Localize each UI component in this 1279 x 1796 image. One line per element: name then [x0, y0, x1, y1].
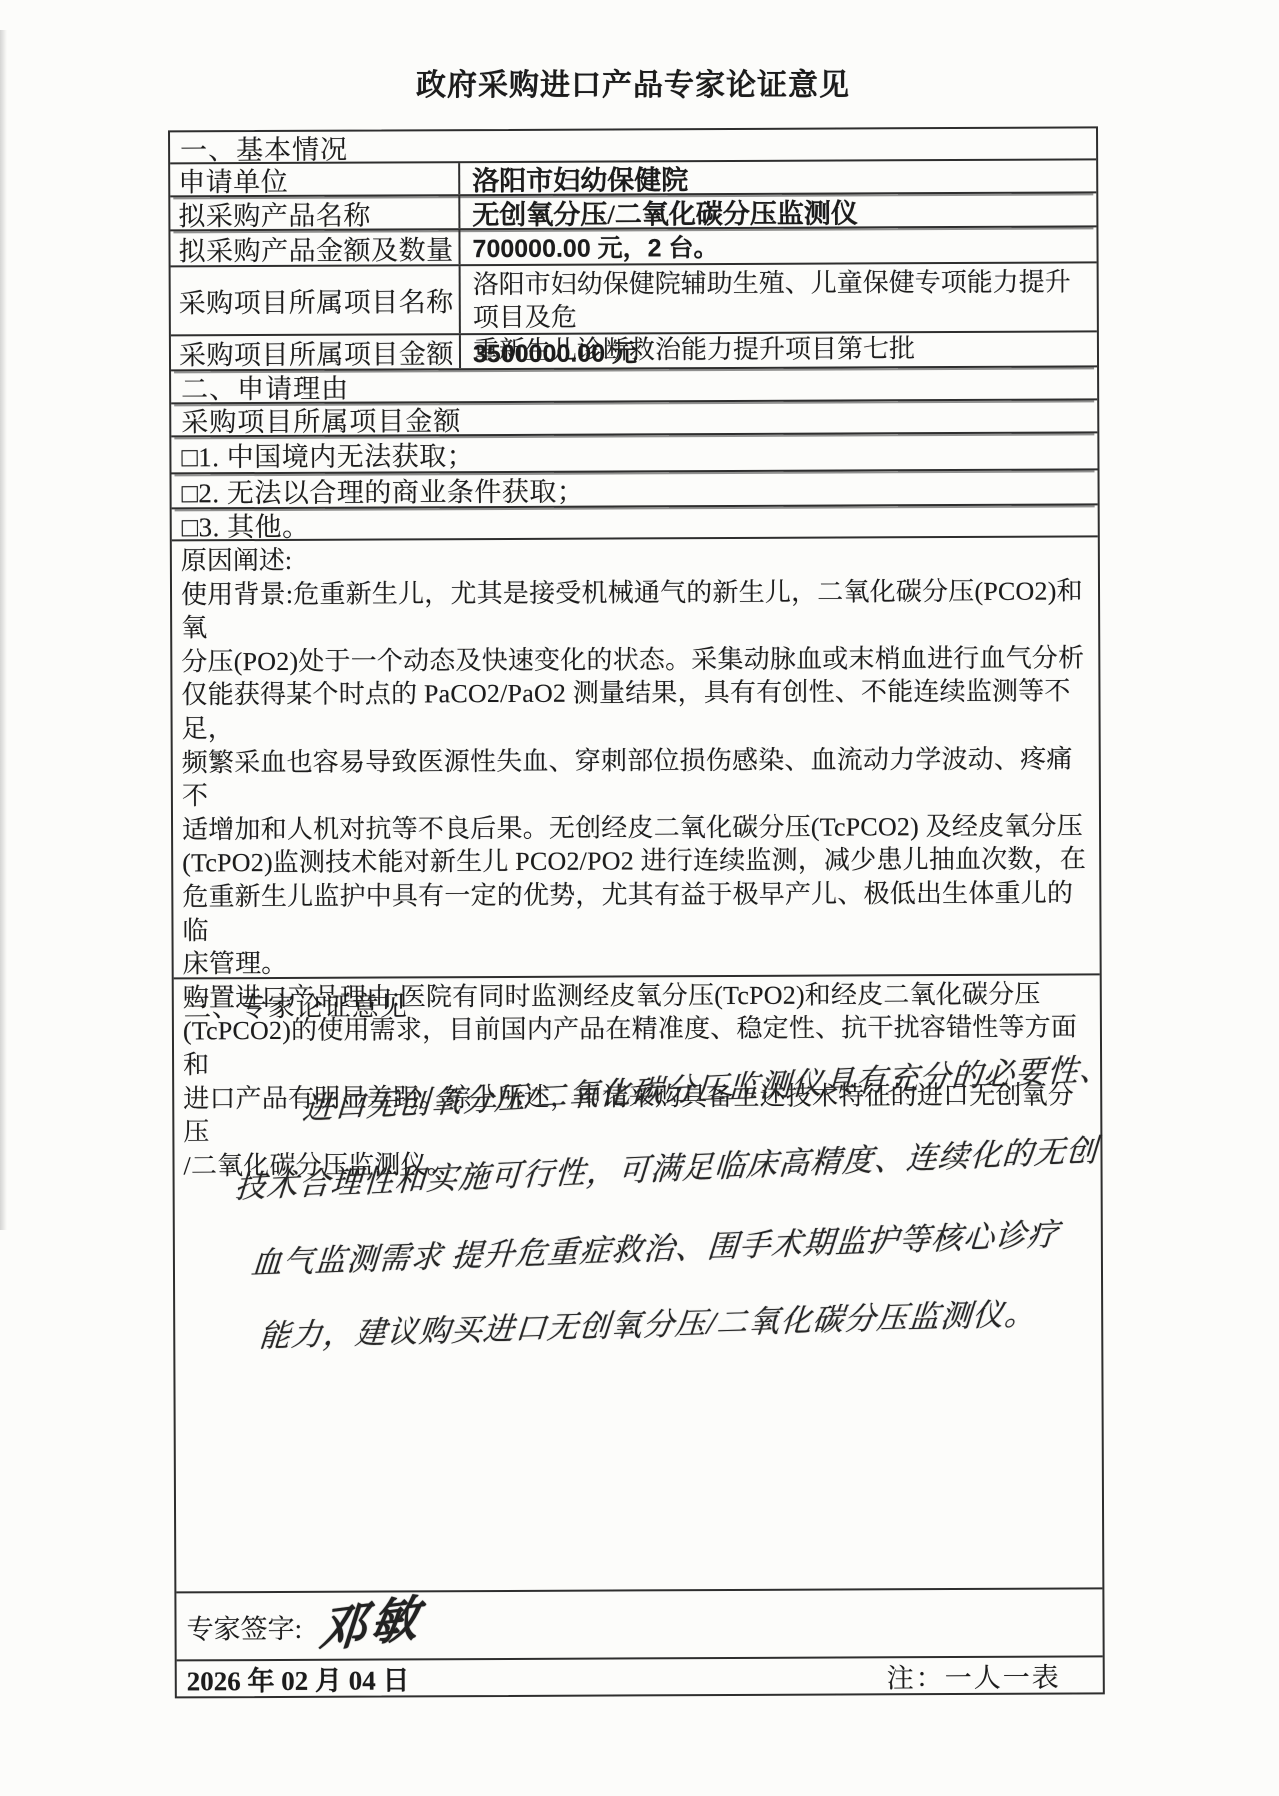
date-field: 2026 年 02 月 04 日: [187, 1658, 410, 1698]
application-reason-subrow: 采购项目所属项目金额: [171, 400, 1097, 437]
handwritten-opinion-line: 进口无创氧分压/二氧化碳分压监测仪具有充分的必要性、: [301, 1043, 1112, 1128]
row-product-amount-qty: 拟采购产品金额及数量 700000.00 元，2 台。: [170, 227, 1096, 267]
project-amount-label: 采购项目所属项目金额: [171, 335, 461, 369]
applicant-unit-label: 申请单位: [170, 163, 460, 195]
expert-signature-label: 专家签字:: [186, 1606, 302, 1646]
project-amount-value: 3500000.00 元: [461, 332, 1097, 368]
reason-statement-block: 原因阐述: 使用背景:危重新生儿，尤其是接受机械通气的新生儿，二氧化碳分压(PC…: [172, 537, 1100, 979]
project-name-label: 采购项目所属项目名称: [171, 266, 461, 334]
reason-option-3: □3. 其他。: [172, 505, 1098, 541]
form-table: 一、基本情况 申请单位 洛阳市妇幼保健院 拟采购产品名称 无创氧分压/二氧化碳分…: [168, 126, 1105, 1698]
reason-statement-title: 原因阐述:: [181, 540, 1088, 578]
form-footer-row: 2026 年 02 月 04 日 注：一人一表: [177, 1657, 1103, 1696]
row-product-name: 拟采购产品名称 无创氧分压/二氧化碳分压监测仪: [170, 193, 1096, 231]
expert-signature-handwritten: 邓敏: [316, 1578, 425, 1661]
row-project-amount: 采购项目所属项目金额 3500000.00 元: [171, 332, 1097, 371]
expert-opinion-block: 三、专家论证意见 进口无创氧分压/二氧化碳分压监测仪具有充分的必要性、 技术合理…: [174, 975, 1103, 1593]
expert-opinion-header: 三、专家论证意见: [174, 975, 1100, 1024]
handwritten-opinion-line: 血气监测需求 提升危重症救治、围手术期监护等核心诊疗: [250, 1209, 1061, 1283]
expert-signature-row: 专家签字: 邓敏: [176, 1589, 1102, 1661]
note-field: 注：一人一表: [887, 1656, 1061, 1696]
reason-option-1: □1. 中国境内无法获取；: [171, 433, 1097, 474]
product-name-label: 拟采购产品名称: [170, 196, 460, 229]
handwritten-opinion-line: 技术合理性和实施可行性，可满足临床高精度、连续化的无创: [234, 1125, 1100, 1207]
product-amount-qty-value: 700000.00 元，2 台。: [460, 227, 1096, 264]
product-name-value: 无创氧分压/二氧化碳分压监测仪: [460, 193, 1096, 228]
document-title: 政府采购进口产品专家论证意见: [168, 60, 1098, 104]
scanned-document-page: 政府采购进口产品专家论证意见 一、基本情况 申请单位 洛阳市妇幼保健院 拟采购产…: [0, 0, 1279, 1796]
applicant-unit-value: 洛阳市妇幼保健院: [460, 160, 1096, 194]
scan-edge-artifact: [0, 30, 7, 1230]
product-amount-qty-label: 拟采购产品金额及数量: [170, 230, 460, 265]
project-name-value: 洛阳市妇幼保健院辅助生殖、儿童保健专项能力提升项目及危 重新生儿诊断救治能力提升…: [461, 263, 1097, 333]
row-project-name: 采购项目所属项目名称 洛阳市妇幼保健院辅助生殖、儿童保健专项能力提升项目及危 重…: [171, 263, 1097, 336]
reason-option-2: □2. 无法以合理的商业条件获取；: [172, 470, 1098, 509]
handwritten-opinion-line: 能力，建议购买进口无创氧分压/二氧化碳分压监测仪。: [258, 1288, 1039, 1356]
